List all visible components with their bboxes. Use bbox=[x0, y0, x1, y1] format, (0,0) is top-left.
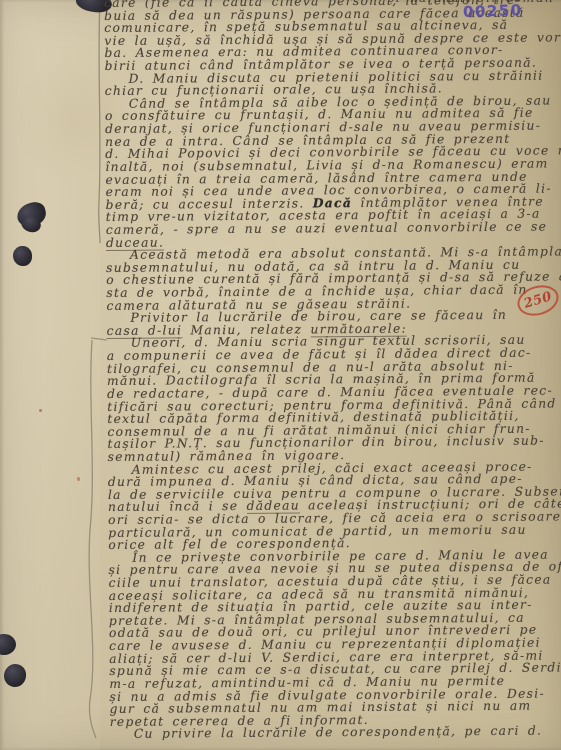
paper-speck bbox=[39, 409, 42, 412]
page-number-text: 250 bbox=[522, 289, 554, 312]
ink-blot bbox=[13, 246, 32, 266]
left-margin bbox=[0, 0, 100, 750]
ink-blot bbox=[0, 634, 16, 655]
manuscript-line: Cu privire la lucrările de corespondență… bbox=[110, 724, 561, 741]
scanned-page: și mai mult din comun care (fie că îl că… bbox=[0, 0, 561, 750]
ink-blot bbox=[3, 663, 28, 689]
paper-speck bbox=[77, 477, 80, 481]
registration-number-stamp: 00250 bbox=[463, 1, 523, 21]
manuscript-text: care (fie că îl căuta cineva personal, l… bbox=[104, 0, 561, 741]
